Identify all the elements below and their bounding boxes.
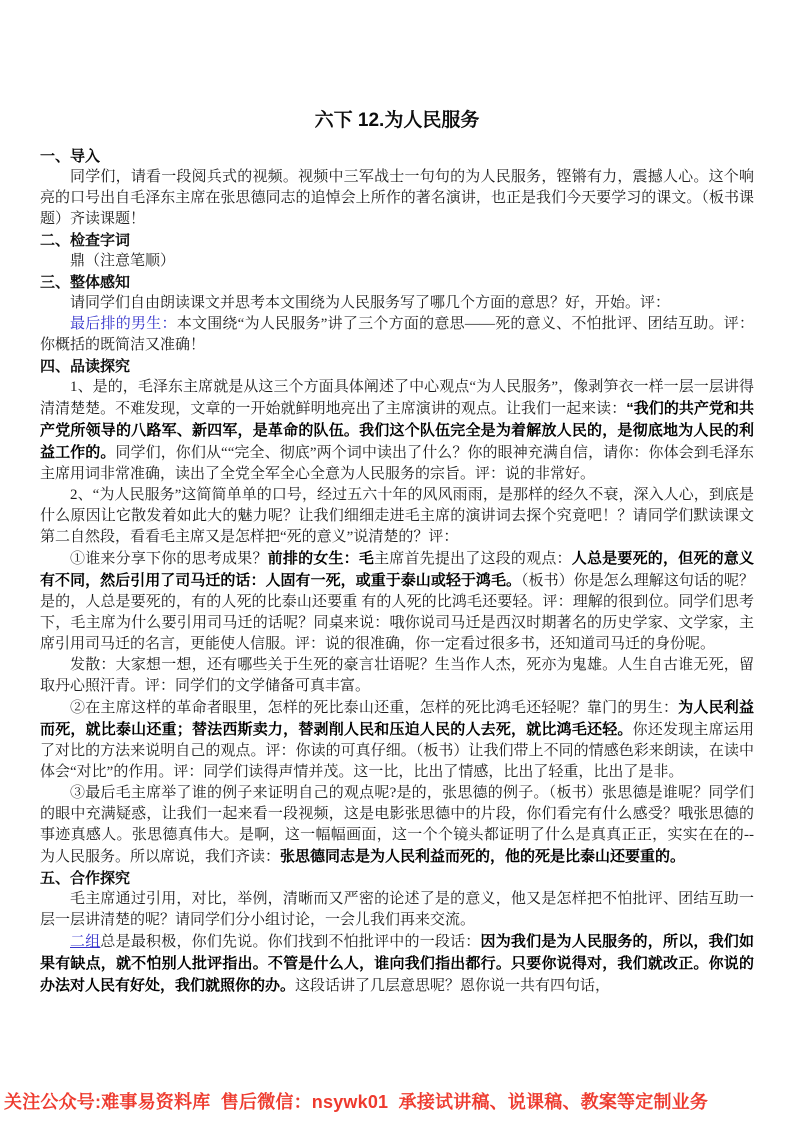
text-run: 毛主席通过引用，对比，举例，清晰而又严密的论述了是的意义，他又是怎样把不怕批评、… bbox=[40, 891, 754, 928]
paragraph: 二组总是最积极，你们先说。你们找到不怕批评中的一段话：因为我们是为人民服务的，所… bbox=[40, 931, 754, 997]
text-run: 同学们，你们从““完全、彻底”两个词中读出了什么？你的眼神充满自信，请你：你体会… bbox=[40, 445, 754, 482]
lesson-plan-text: 一、导入同学们，请看一段阅兵式的视频。视频中三军战士一句句的为人民服务，铿锵有力… bbox=[40, 146, 754, 997]
section-heading: 三、整体感知 bbox=[40, 272, 754, 293]
paragraph: 请同学们自由朗读课文并思考本文围绕为人民服务写了哪几个方面的意思？好，开始。评： bbox=[40, 293, 754, 314]
paragraph: 发散：大家想一想，还有哪些关于生死的豪言壮语呢？生当作人杰，死亦为鬼雄。人生自古… bbox=[40, 655, 754, 697]
text-run: 三、整体感知 bbox=[40, 274, 130, 291]
text-run: 鼎（注意笔顺） bbox=[70, 253, 175, 269]
document-page: 六下 12.为人民服务 一、导入同学们，请看一段阅兵式的视频。视频中三军战士一句… bbox=[0, 0, 793, 1122]
text-run: 同学们，请看一段阅兵式的视频。视频中三军战士一句句的为人民服务，铿锵有力，震撼人… bbox=[40, 169, 754, 227]
text-run: 请同学们自由朗读课文并思考本文围绕为人民服务写了哪几个方面的意思？好，开始。评： bbox=[70, 295, 670, 311]
footer-watermark: 关注公众号:难事易资料库 售后微信：nsywk01 承接试讲稿、说课稿、教案等定… bbox=[4, 1090, 793, 1114]
text-run: 四、品读探究 bbox=[40, 358, 130, 375]
text-run: 二组 bbox=[70, 934, 100, 950]
paragraph: 毛主席通过引用，对比，举例，清晰而又严密的论述了是的意义，他又是怎样把不怕批评、… bbox=[40, 889, 754, 931]
section-heading: 四、品读探究 bbox=[40, 356, 754, 377]
paragraph: 最后排的男生：本文围绕“为人民服务”讲了三个方面的意思——死的意义、不怕批评、团… bbox=[40, 314, 754, 356]
paragraph: 1、是的，毛泽东主席就是从这三个方面具体阐述了中心观点“为人民服务”，像剥笋衣一… bbox=[40, 377, 754, 485]
text-run: ①谁来分享下你的思考成果？ bbox=[70, 551, 268, 567]
text-run: 五、合作探究 bbox=[40, 870, 130, 887]
paragraph: ②在主席这样的革命者眼里，怎样的死比泰山还重，怎样的死比鸿毛还轻呢？靠门的男生：… bbox=[40, 697, 754, 783]
text-run: 一、导入 bbox=[40, 148, 100, 165]
paragraph: 鼎（注意笔顺） bbox=[40, 251, 754, 272]
paragraph: 同学们，请看一段阅兵式的视频。视频中三军战士一句句的为人民服务，铿锵有力，震撼人… bbox=[40, 167, 754, 230]
text-run: 2、“为人民服务”这简简单单的口号，经过五六十年的风风雨雨，是那样的经久不衰，深… bbox=[40, 487, 754, 545]
paragraph: ①谁来分享下你的思考成果？前排的女生：毛主席首先提出了这段的观点：人总是要死的，… bbox=[40, 548, 754, 655]
page-title: 六下 12.为人民服务 bbox=[40, 108, 754, 133]
text-run: ②在主席这样的革命者眼里，怎样的死比泰山还重，怎样的死比鸿毛还轻呢？靠门的男生： bbox=[70, 700, 678, 716]
paragraph: ③最后毛主席举了谁的例子来证明自己的观点呢?是的，张思德的例子。（板书）张思德是… bbox=[40, 783, 754, 868]
text-run: 总是最积极，你们先说。你们找到不怕批评中的一段话： bbox=[100, 934, 480, 950]
section-heading: 五、合作探究 bbox=[40, 868, 754, 889]
section-heading: 一、导入 bbox=[40, 146, 754, 167]
document-body: 六下 12.为人民服务 一、导入同学们，请看一段阅兵式的视频。视频中三军战士一句… bbox=[40, 108, 754, 997]
text-run: 张思德同志是为人民利益而死的，他的死是比泰山还要重的。 bbox=[280, 848, 685, 865]
text-run: 这段话讲了几层意思呢？恩你说一共有四句话， bbox=[295, 978, 610, 994]
text-run: 发散：大家想一想，还有哪些关于生死的豪言壮语呢？生当作人杰，死亦为鬼雄。人生自古… bbox=[40, 657, 754, 694]
text-run: 二、检查字词 bbox=[40, 232, 130, 249]
text-run: 最后排的男生： bbox=[70, 316, 177, 332]
text-run: 前排的女生：毛 bbox=[268, 550, 374, 567]
paragraph: 2、“为人民服务”这简简单单的口号，经过五六十年的风风雨雨，是那样的经久不衰，深… bbox=[40, 485, 754, 548]
text-run: 主席首先提出了这段的观点： bbox=[374, 551, 572, 567]
section-heading: 二、检查字词 bbox=[40, 230, 754, 251]
